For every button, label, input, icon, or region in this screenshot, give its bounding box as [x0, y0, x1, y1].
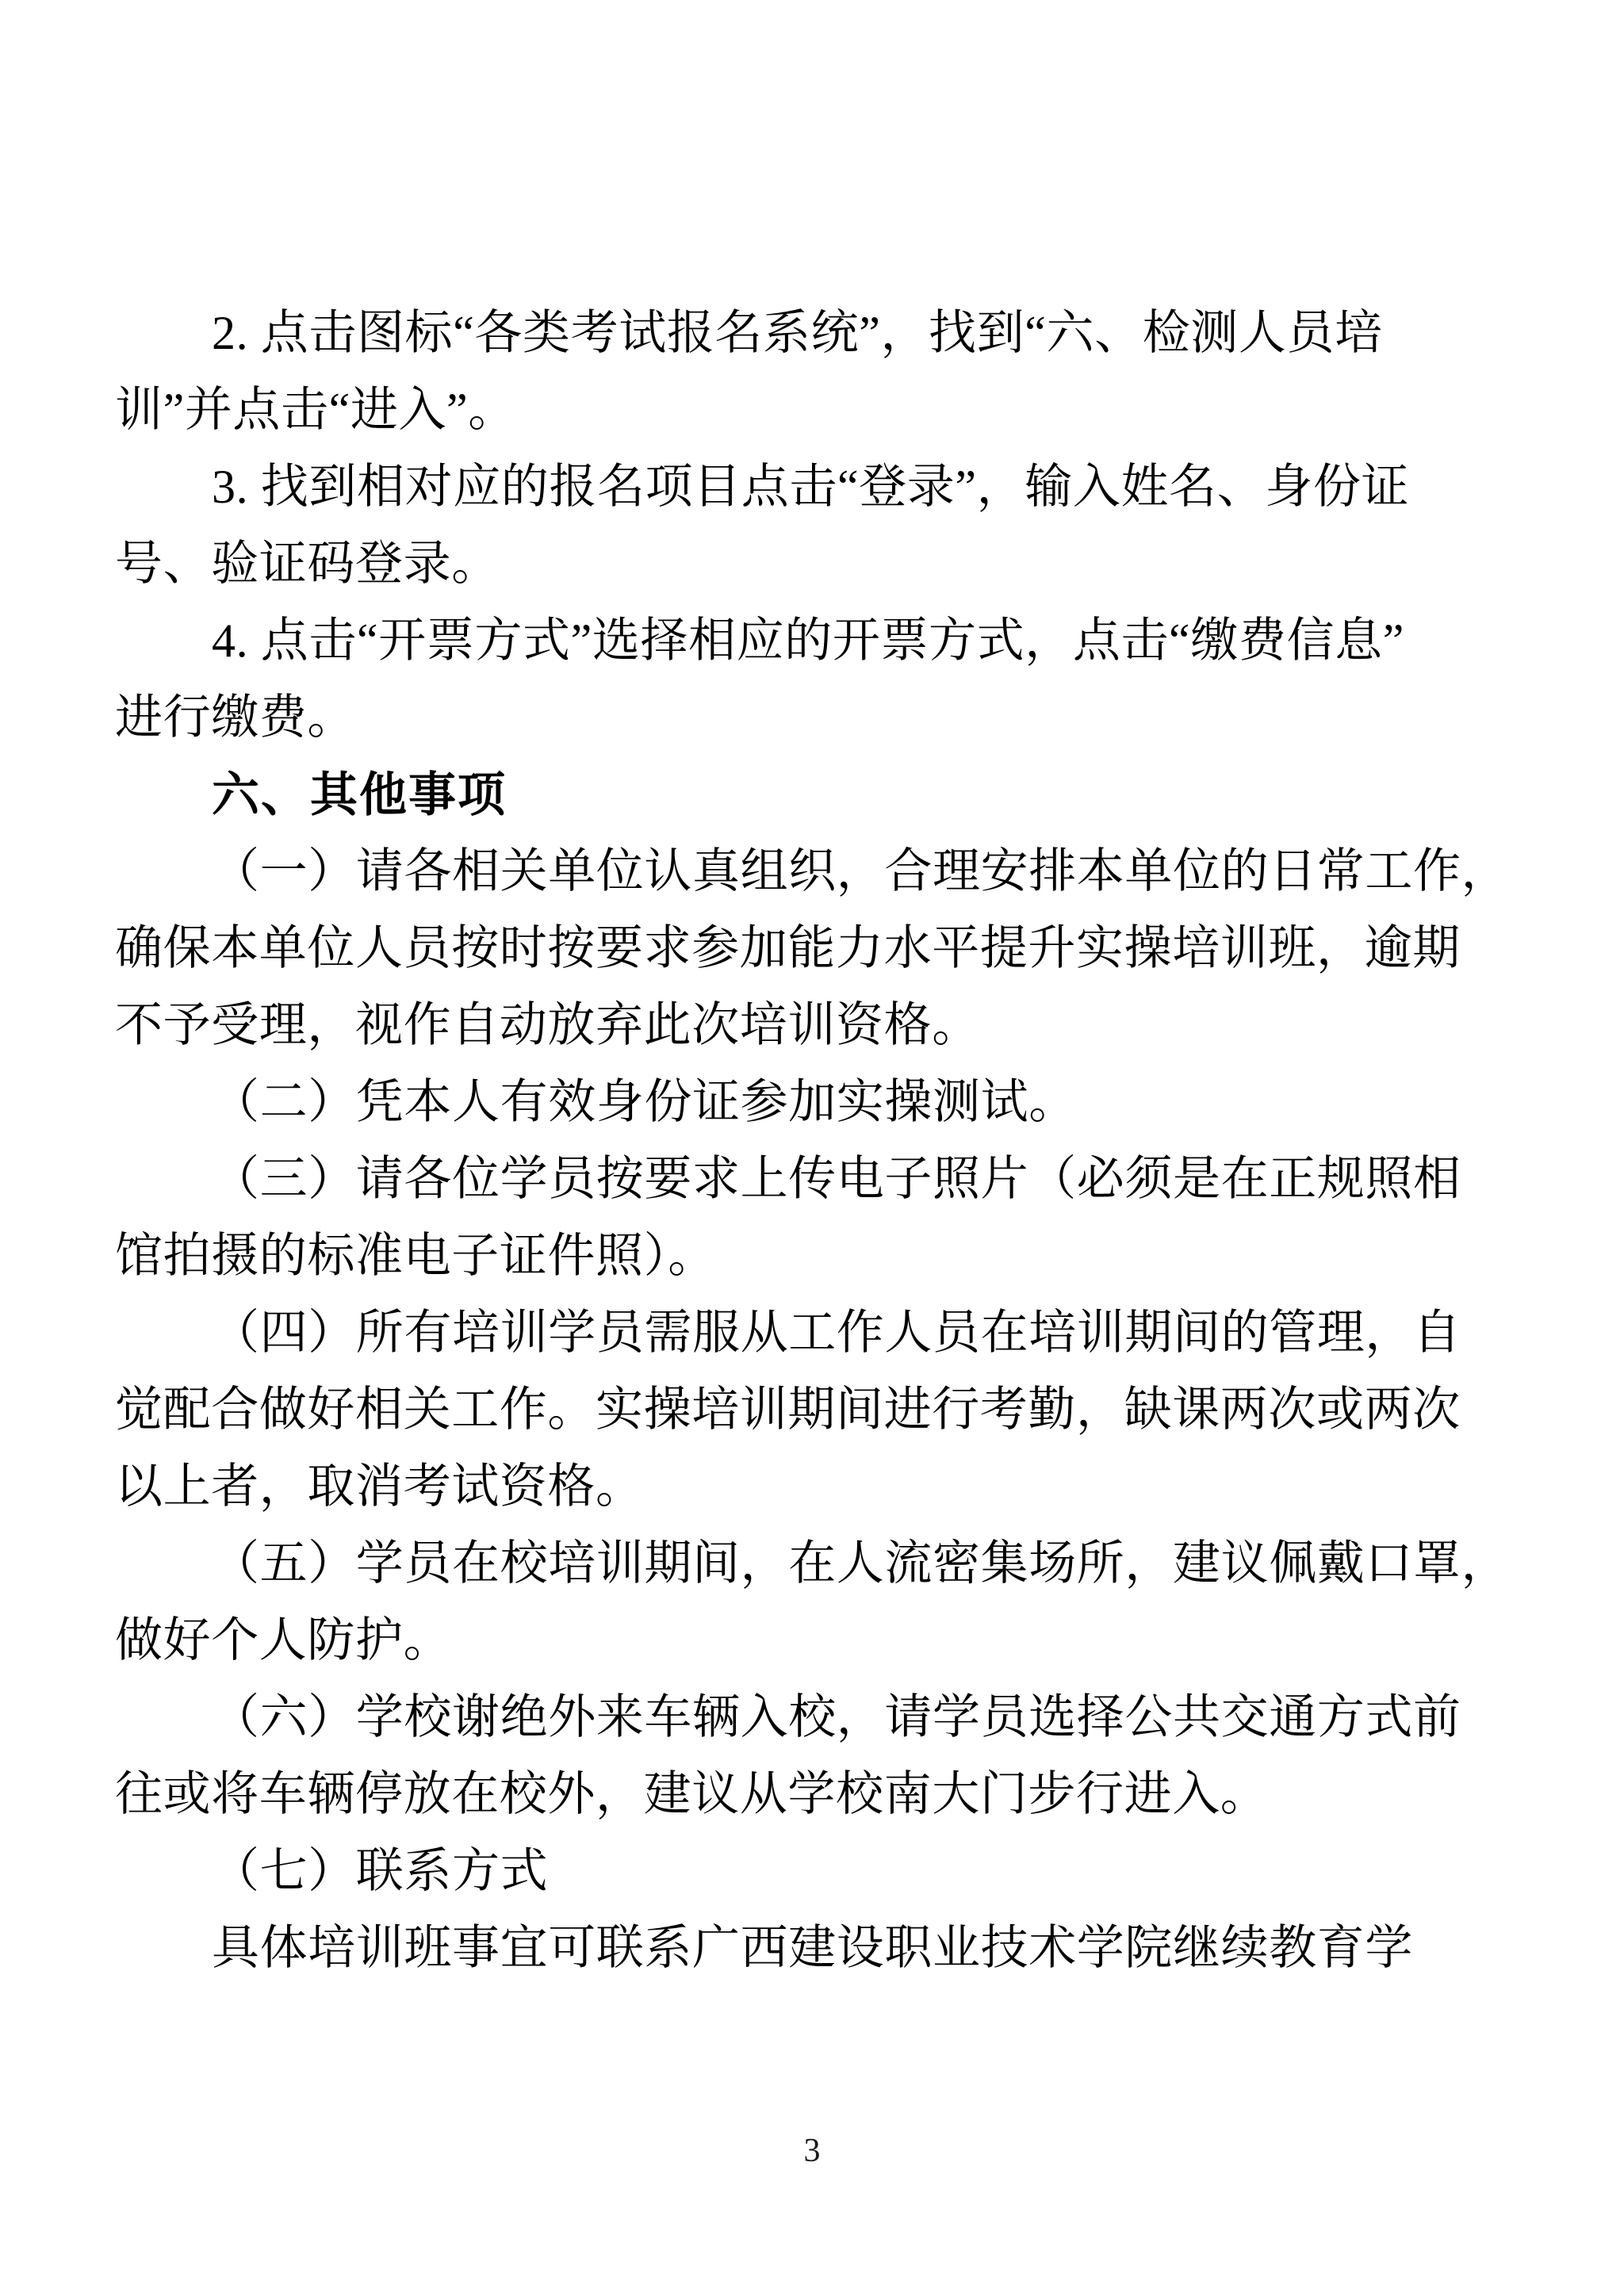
text-line: 以上者，取消考试资格。: [115, 1448, 1513, 1525]
text-line: （二）凭本人有效身份证参加实操测试。: [115, 1064, 1513, 1141]
page-number: 3: [0, 2131, 1624, 2171]
text-line: （三）请各位学员按要求上传电子照片（必须是在正规照相: [115, 1141, 1513, 1218]
text-line: 进行缴费。: [115, 679, 1513, 756]
text-line: 不予受理，视作自动放弃此次培训资格。: [115, 987, 1513, 1064]
text-line: 2. 点击图标“各类考试报名系统”，找到“六、检测人员培: [115, 295, 1513, 372]
text-line: （七）联系方式: [115, 1833, 1513, 1910]
text-line: 往或将车辆停放在校外，建议从学校南大门步行进入。: [115, 1756, 1513, 1833]
text-line: 4. 点击“开票方式”选择相应的开票方式，点击“缴费信息”: [115, 603, 1513, 679]
text-line: （五）学员在校培训期间，在人流密集场所，建议佩戴口罩，: [115, 1525, 1513, 1602]
text-line: （四）所有培训学员需服从工作人员在培训期间的管理，自: [115, 1295, 1513, 1372]
text-line: 训”并点击“进入”。: [115, 372, 1513, 449]
text-line: 觉配合做好相关工作。实操培训期间进行考勤，缺课两次或两次: [115, 1372, 1513, 1448]
text-line: 六、其他事项: [115, 756, 1513, 833]
document-body: 2. 点击图标“各类考试报名系统”，找到“六、检测人员培训”并点击“进入”。3.…: [115, 295, 1513, 1987]
text-line: （六）学校谢绝外来车辆入校，请学员选择公共交通方式前: [115, 1679, 1513, 1756]
text-line: 确保本单位人员按时按要求参加能力水平提升实操培训班，逾期: [115, 910, 1513, 987]
text-line: （一）请各相关单位认真组织，合理安排本单位的日常工作，: [115, 833, 1513, 910]
text-line: 做好个人防护。: [115, 1602, 1513, 1679]
document-page: 2. 点击图标“各类考试报名系统”，找到“六、检测人员培训”并点击“进入”。3.…: [0, 0, 1624, 2296]
text-line: 馆拍摄的标准电子证件照）。: [115, 1218, 1513, 1295]
text-line: 具体培训班事宜可联系广西建设职业技术学院继续教育学: [115, 1910, 1513, 1987]
text-line: 号、验证码登录。: [115, 526, 1513, 603]
text-line: 3. 找到相对应的报名项目点击“登录”，输入姓名、身份证: [115, 449, 1513, 526]
